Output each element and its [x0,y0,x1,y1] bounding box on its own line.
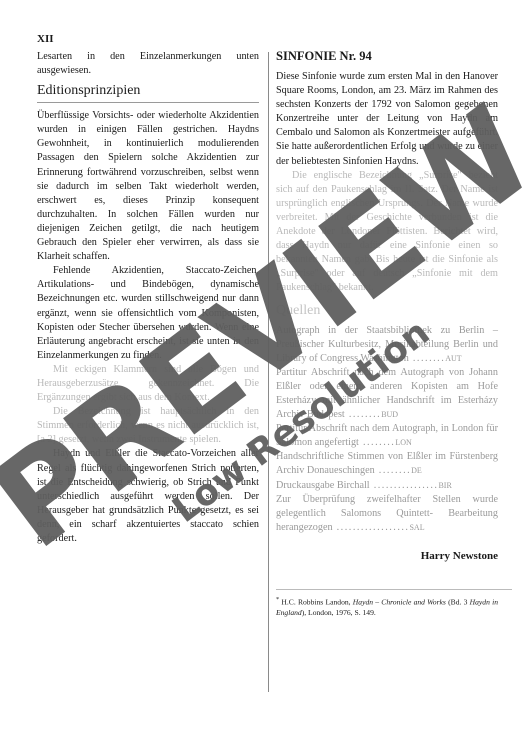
column-divider [268,52,269,692]
left-column: Lesarten in den Einzelanmerkungen unten … [37,50,259,546]
section-heading-editionsprinzipien: Editionsprinzipien [37,82,259,103]
source-text: Partitur Abschrift nach dem Autograph, i… [276,422,498,450]
author-signature: Harry Newstone [276,549,498,563]
source-item-lon: Partitur Abschrift nach dem Autograph, i… [276,422,498,450]
footnote-rule [276,589,512,590]
sources-list: Autograph in der Staatsbibliothek zu Ber… [276,324,498,535]
paragraph-accidentals: Überflüssige Vorsichts- oder wiederholte… [37,109,259,264]
source-item-sal: Zur Überprüfung zweifelhafter Stellen wu… [276,493,498,535]
source-text: Partitur Abschrift nach dem Autograph vo… [276,366,498,422]
footnote: * H.C. Robbins Landon, Haydn – Chronicle… [276,595,498,618]
paragraph-brackets: Mit eckigen Klammern sind alle Bögen und… [37,363,259,405]
sources-heading: Quellen [276,302,498,320]
symphony-title: SINFONIE Nr. 94 [276,48,498,64]
score-preface-page: XII Lesarten in den Einzelanmerkungen un… [0,0,530,750]
footnote-marker: * [276,596,279,603]
source-text: Handschriftliche Stimmen von Elßler im F… [276,450,498,478]
surprise-paragraph: Die englische Bezeichnung „Surprise" bez… [276,169,498,296]
source-item-bud: Partitur Abschrift nach dem Autograph vo… [276,366,498,422]
source-text: Zur Überprüfung zweifelhafter Stellen wu… [276,493,498,535]
source-text: Autograph in der Staatsbibliothek zu Ber… [276,324,498,366]
page-number: XII [37,33,54,45]
paragraph-a2: Die Bezeichnung ist hauptsächlich in den… [37,405,259,447]
paragraph-staccato: Haydn und Elßler die Staccato-Vorzeichen… [37,447,259,546]
source-text: Druckausgabe Birchall ................BI… [276,479,452,493]
source-item-aut: Autograph in der Staatsbibliothek zu Ber… [276,324,498,366]
right-column: SINFONIE Nr. 94 Diese Sinfonie wurde zum… [276,61,498,618]
source-item-de: Handschriftliche Stimmen von Elßler im F… [276,450,498,478]
intro-paragraph: Diese Sinfonie wurde zum ersten Mal in d… [276,70,498,169]
carryover-paragraph: Lesarten in den Einzelanmerkungen unten … [37,50,259,78]
paragraph-missing-marks: Fehlende Akzidentien, Staccato-Zeichen, … [37,264,259,363]
source-item-bir: Druckausgabe Birchall ................BI… [276,479,498,493]
